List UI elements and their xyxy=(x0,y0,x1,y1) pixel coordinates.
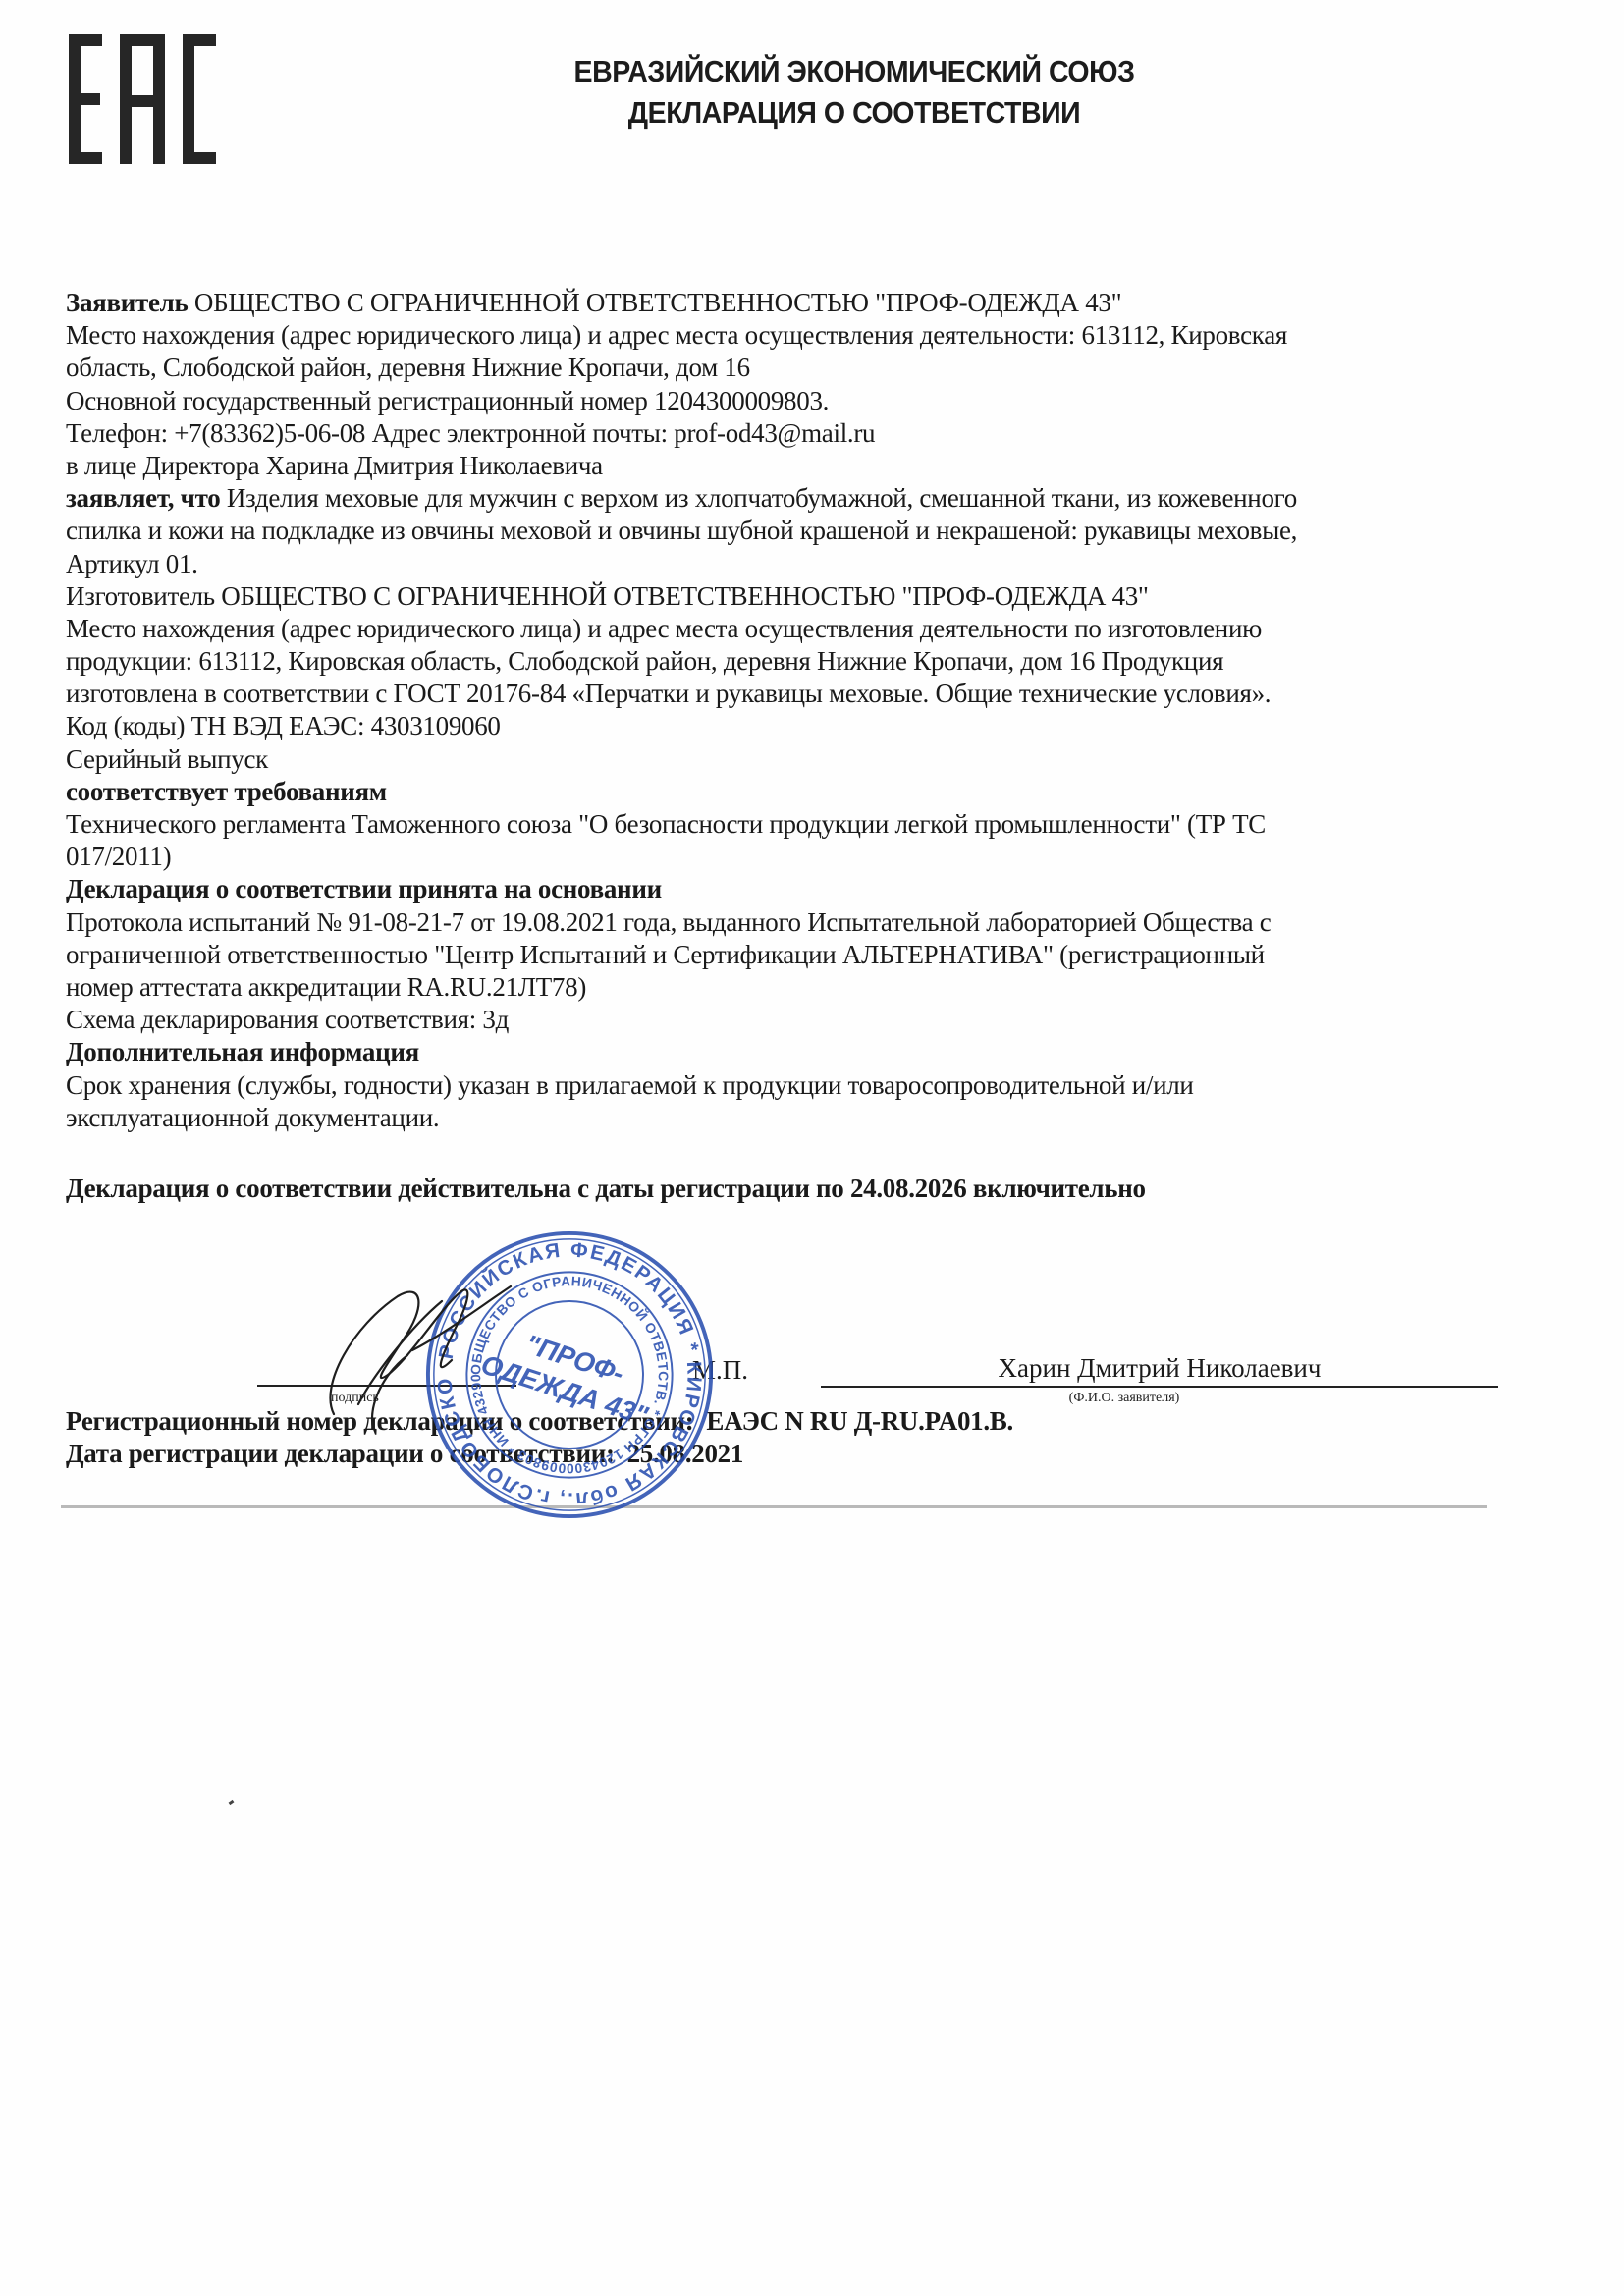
basis-2: ограниченной ответственностью "Центр Исп… xyxy=(66,939,1519,971)
signer-name: Харин Дмитрий Николаевич xyxy=(821,1353,1498,1384)
validity-text: Декларация о соответствии действительна … xyxy=(66,1173,1519,1205)
scan-speck xyxy=(229,1800,235,1805)
product-desc-1: Изделия меховые для мужчин с верхом из х… xyxy=(220,483,1297,513)
applicant-representative: в лице Директора Харина Дмитрия Николаев… xyxy=(66,450,1519,482)
applicant-address-1: Место нахождения (адрес юридического лиц… xyxy=(66,319,1519,352)
declares-label: заявляет, что xyxy=(66,483,220,513)
signer-name-line xyxy=(821,1386,1498,1388)
additional-1: Срок хранения (службы, годности) указан … xyxy=(66,1069,1519,1102)
applicant-ogrn: Основной государственный регистрационный… xyxy=(66,385,1519,417)
registration-number-value: ЕАЭС N RU Д-RU.PA01.B. xyxy=(706,1406,1013,1436)
additional-2: эксплуатационной документации. xyxy=(66,1102,1519,1134)
requirements-1: Технического регламента Таможенного союз… xyxy=(66,808,1519,841)
registration-date-line: Дата регистрации декларации о соответств… xyxy=(66,1438,1519,1470)
product-desc-2: спилка и кожи на подкладке из овчины мех… xyxy=(66,515,1519,547)
manufacturer-address-2: продукции: 613112, Кировская область, Сл… xyxy=(66,645,1519,678)
manufacturer-name: Изготовитель ОБЩЕСТВО С ОГРАНИЧЕННОЙ ОТВ… xyxy=(66,580,1519,613)
product-desc-3: Артикул 01. xyxy=(66,548,1519,580)
signer-caption: (Ф.И.О. заявителя) xyxy=(982,1391,1267,1406)
handwritten-signature-icon xyxy=(314,1267,540,1434)
registration-number-line: Регистрационный номер декларации о соотв… xyxy=(66,1405,1519,1438)
basis-heading: Декларация о соответствии принята на осн… xyxy=(66,873,1519,905)
basis-1: Протокола испытаний № 91-08-21-7 от 19.0… xyxy=(66,906,1519,939)
declaration-body: Заявитель ОБЩЕСТВО С ОГРАНИЧЕННОЙ ОТВЕТС… xyxy=(66,287,1519,1205)
tn-ved-code: Код (коды) ТН ВЭД ЕАЭС: 4303109060 xyxy=(66,710,1519,742)
union-title: ЕВРАЗИЙСКИЙ ЭКОНОМИЧЕСКИЙ СОЮЗ xyxy=(448,54,1261,89)
eac-logo-icon xyxy=(69,34,218,164)
applicant-line: Заявитель ОБЩЕСТВО С ОГРАНИЧЕННОЙ ОТВЕТС… xyxy=(66,287,1519,319)
additional-heading: Дополнительная информация xyxy=(66,1036,1519,1068)
declaration-statement: заявляет, что Изделия меховые для мужчин… xyxy=(66,482,1519,515)
declaration-page: ЕВРАЗИЙСКИЙ ЭКОНОМИЧЕСКИЙ СОЮЗ ДЕКЛАРАЦИ… xyxy=(0,0,1624,2296)
basis-3: номер аттестата аккредитации RA.RU.21ЛТ7… xyxy=(66,971,1519,1004)
registration-block: Регистрационный номер декларации о соотв… xyxy=(66,1405,1519,1470)
applicant-name: ОБЩЕСТВО С ОГРАНИЧЕННОЙ ОТВЕТСТВЕННОСТЬЮ… xyxy=(188,288,1121,317)
declaration-scheme: Схема декларирования соответствия: 3д xyxy=(66,1004,1519,1036)
applicant-address-2: область, Слободской район, деревня Нижни… xyxy=(66,352,1519,384)
manufacturer-address-1: Место нахождения (адрес юридического лиц… xyxy=(66,613,1519,645)
manufacturer-standard: изготовлена в соответствии с ГОСТ 20176-… xyxy=(66,678,1519,710)
release-type: Серийный выпуск xyxy=(66,743,1519,776)
requirements-2: 017/2011) xyxy=(66,841,1519,873)
requirements-heading: соответствует требованиям xyxy=(66,776,1519,808)
document-title: ДЕКЛАРАЦИЯ О СООТВЕТСТВИИ xyxy=(448,95,1261,131)
applicant-contacts: Телефон: +7(83362)5-06-08 Адрес электрон… xyxy=(66,417,1519,450)
divider-line xyxy=(61,1505,1487,1508)
applicant-label: Заявитель xyxy=(66,288,188,317)
